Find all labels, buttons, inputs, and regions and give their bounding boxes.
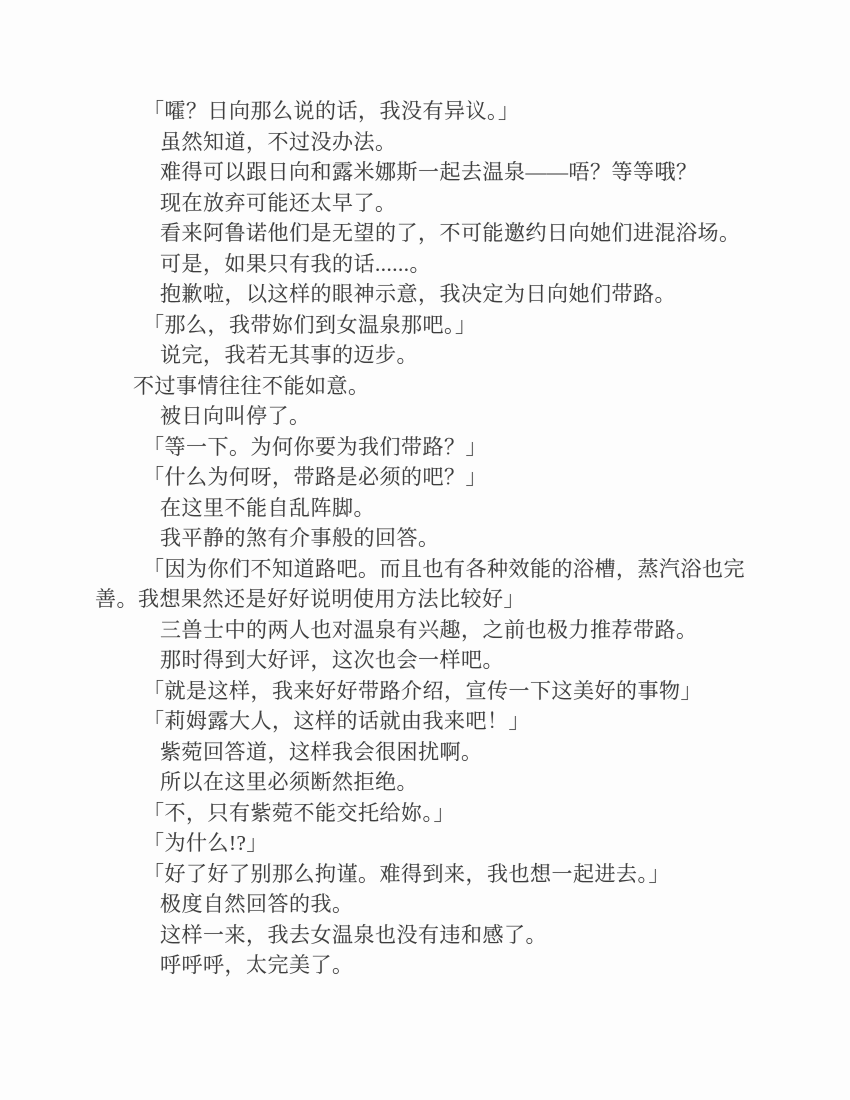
- text-line: 「不，只有紫菀不能交托给妳。」: [95, 798, 750, 829]
- text-line: 「因为你们不知道路吧。而且也有各种效能的浴槽，蒸汽浴也完: [95, 554, 750, 585]
- text-line: 「等一下。为何你要为我们带路？」: [95, 432, 750, 463]
- text-line: 看来阿鲁诺他们是无望的了，不可能邀约日向她们进混浴场。: [95, 218, 750, 249]
- text-line: 被日向叫停了。: [95, 401, 750, 432]
- novel-page: 「嚯？日向那么说的话，我没有异议。」虽然知道，不过没办法。难得可以跟日向和露米娜…: [0, 0, 850, 1100]
- text-line: 抱歉啦，以这样的眼神示意，我决定为日向她们带路。: [95, 279, 750, 310]
- text-line: 虽然知道，不过没办法。: [95, 127, 750, 158]
- page-text: 「嚯？日向那么说的话，我没有异议。」虽然知道，不过没办法。难得可以跟日向和露米娜…: [95, 96, 750, 981]
- text-line: 这样一来，我去女温泉也没有违和感了。: [95, 920, 750, 951]
- text-line: 现在放弃可能还太早了。: [95, 188, 750, 219]
- text-line: 「嚯？日向那么说的话，我没有异议。」: [95, 96, 750, 127]
- text-line: 「为什么!?」: [95, 828, 750, 859]
- text-line: 「什么为何呀，带路是必须的吧？」: [95, 462, 750, 493]
- text-line: 说完，我若无其事的迈步。: [95, 340, 750, 371]
- text-line: 呼呼呼，太完美了。: [95, 950, 750, 981]
- text-line: 善。我想果然还是好好说明使用方法比较好」: [95, 584, 750, 615]
- text-line: 不过事情往往不能如意。: [95, 371, 750, 402]
- text-line: 「那么，我带妳们到女温泉那吧。」: [95, 310, 750, 341]
- text-line: 可是，如果只有我的话......。: [95, 249, 750, 280]
- text-line: 「莉姆露大人，这样的话就由我来吧！」: [95, 706, 750, 737]
- text-line: 「就是这样，我来好好带路介绍，宣传一下这美好的事物」: [95, 676, 750, 707]
- text-line: 极度自然回答的我。: [95, 889, 750, 920]
- text-line: 难得可以跟日向和露米娜斯一起去温泉——唔？等等哦？: [95, 157, 750, 188]
- text-line: 紫菀回答道，这样我会很困扰啊。: [95, 737, 750, 768]
- text-line: 那时得到大好评，这次也会一样吧。: [95, 645, 750, 676]
- text-line: 「好了好了别那么拘谨。难得到来，我也想一起进去。」: [95, 859, 750, 890]
- text-line: 在这里不能自乱阵脚。: [95, 493, 750, 524]
- text-line: 三兽士中的两人也对温泉有兴趣，之前也极力推荐带路。: [95, 615, 750, 646]
- text-line: 所以在这里必须断然拒绝。: [95, 767, 750, 798]
- text-line: 我平静的煞有介事般的回答。: [95, 523, 750, 554]
